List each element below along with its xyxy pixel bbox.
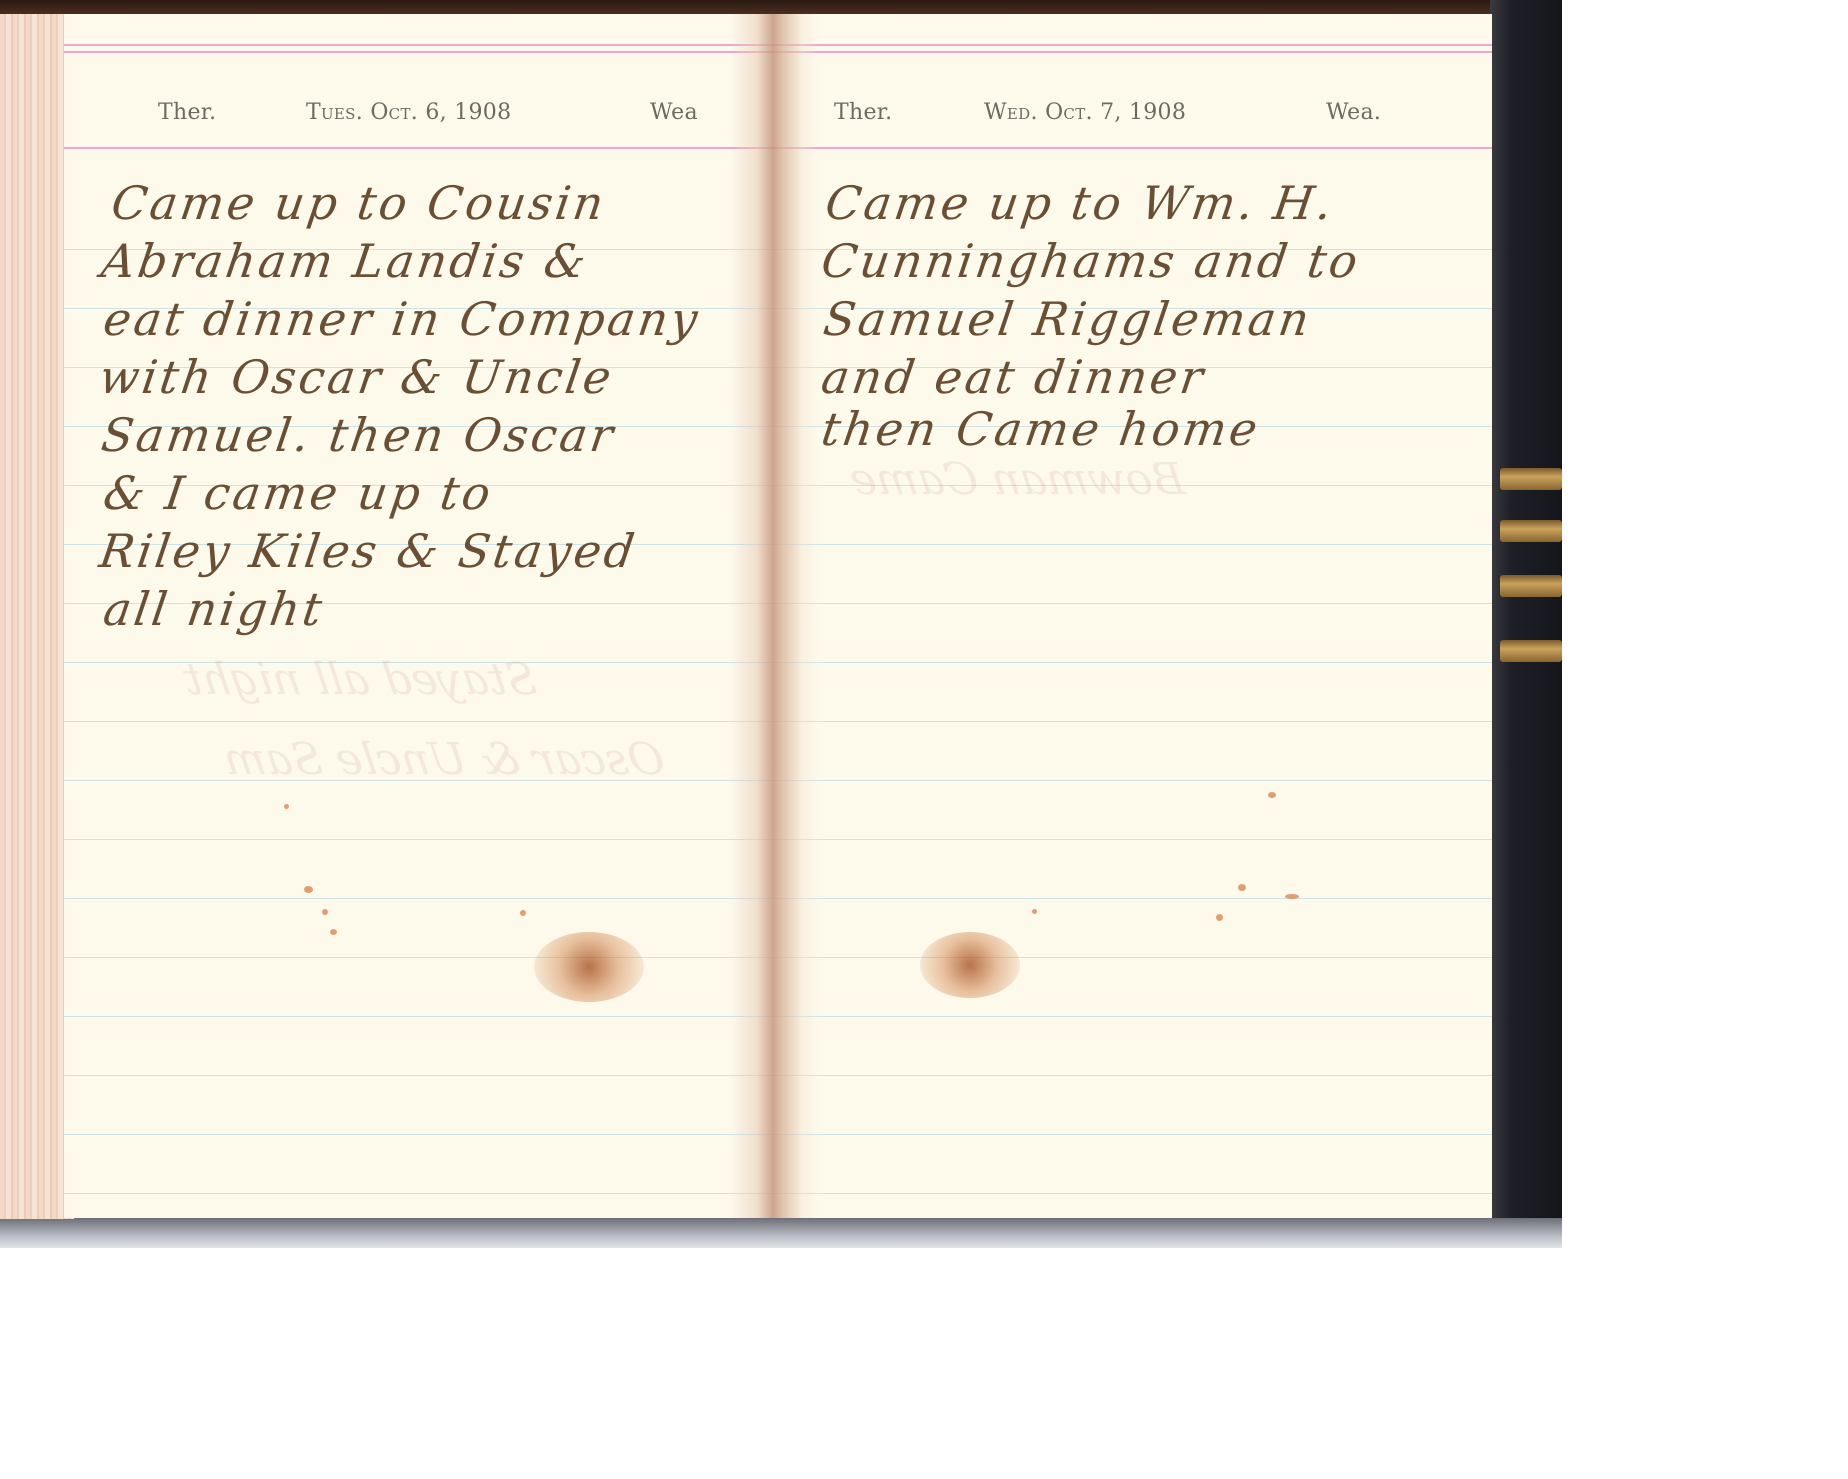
book-cover-bottom <box>0 1218 1562 1248</box>
foxing-speck <box>330 929 337 935</box>
handwritten-line: with Oscar & Uncle <box>96 350 617 404</box>
header-rule <box>64 44 770 46</box>
entry-date: Tues. Oct. 6, 1908 <box>306 100 511 125</box>
handwritten-line: eat dinner in Company <box>100 292 704 346</box>
book-cover-top <box>0 0 1562 14</box>
handwritten-line: Samuel Riggleman <box>820 292 1315 346</box>
ruled-line <box>64 1193 770 1194</box>
header-rule <box>770 147 1492 149</box>
bleed-through-text: Oscar & Uncle Sam <box>220 734 667 785</box>
header-rule <box>64 147 770 149</box>
foxing-speck <box>322 909 328 915</box>
bleed-through-text: Bowman Came <box>846 454 1188 505</box>
ruled-line <box>64 1134 770 1135</box>
ruled-line <box>64 1075 770 1076</box>
book-cover-right <box>1490 0 1562 1248</box>
handwritten-line: and eat dinner <box>818 350 1209 404</box>
ruled-line <box>64 898 770 899</box>
handwritten-line: Came up to Wm. H. <box>822 176 1338 230</box>
right-date-header: Ther. Wed. Oct. 7, 1908 Wea. <box>770 100 1492 130</box>
ther-label: Ther. <box>158 100 216 125</box>
ruled-line <box>770 957 1492 958</box>
foxing-stain <box>534 932 644 1002</box>
ruled-line <box>770 721 1492 722</box>
wea-label: Wea. <box>1326 100 1381 125</box>
handwritten-line: Riley Kiles & Stayed <box>96 524 640 578</box>
ruled-line <box>770 603 1492 604</box>
foxing-speck <box>1216 914 1223 921</box>
foxing-speck <box>1285 894 1299 899</box>
ruled-line <box>64 839 770 840</box>
entry-date: Wed. Oct. 7, 1908 <box>984 100 1186 125</box>
ruled-line <box>770 1016 1492 1017</box>
handwritten-line: all night <box>100 582 328 636</box>
foxing-speck <box>520 910 526 916</box>
ruled-line <box>64 1016 770 1017</box>
foxing-speck <box>1032 909 1037 914</box>
foxing-speck <box>284 804 289 809</box>
header-rule <box>770 44 1492 46</box>
binding-strap <box>1500 640 1562 662</box>
foxing-speck <box>1268 792 1276 798</box>
header-rule <box>64 51 770 53</box>
foxing-stain <box>920 932 1020 998</box>
ruled-line <box>770 1075 1492 1076</box>
binding-strap <box>1500 575 1562 597</box>
handwritten-line: then Came home <box>818 402 1263 456</box>
wea-label: Wea <box>650 100 698 125</box>
diary-scan: Ther. Tues. Oct. 6, 1908 Wea Stayed all … <box>0 0 1562 1248</box>
ruled-line <box>770 898 1492 899</box>
book-gutter <box>730 14 820 1218</box>
ruled-line <box>770 662 1492 663</box>
foxing-speck <box>1238 884 1246 891</box>
ruled-line <box>770 1134 1492 1135</box>
ruled-line <box>770 839 1492 840</box>
handwritten-line: Cunninghams and to <box>818 234 1364 288</box>
ruled-line <box>770 544 1492 545</box>
handwritten-line: Abraham Landis & <box>98 234 592 288</box>
binding-strap <box>1500 468 1562 490</box>
ruled-line <box>770 1193 1492 1194</box>
binding-strap <box>1500 520 1562 542</box>
handwritten-line: Samuel. then Oscar <box>98 408 619 462</box>
handwritten-line: Came up to Cousin <box>108 176 610 230</box>
foxing-speck <box>304 886 313 893</box>
ruled-line <box>64 721 770 722</box>
page-block-edges <box>0 14 74 1219</box>
header-rule <box>770 51 1492 53</box>
right-page: Ther. Wed. Oct. 7, 1908 Wea. Bowman Came… <box>770 14 1492 1218</box>
ruled-line <box>770 780 1492 781</box>
bleed-through-text: Stayed all night <box>180 654 539 705</box>
ruled-line <box>64 957 770 958</box>
left-date-header: Ther. Tues. Oct. 6, 1908 Wea <box>64 100 770 130</box>
handwritten-line: & I came up to <box>100 466 496 520</box>
ther-label: Ther. <box>834 100 892 125</box>
left-page: Ther. Tues. Oct. 6, 1908 Wea Stayed all … <box>64 14 770 1218</box>
